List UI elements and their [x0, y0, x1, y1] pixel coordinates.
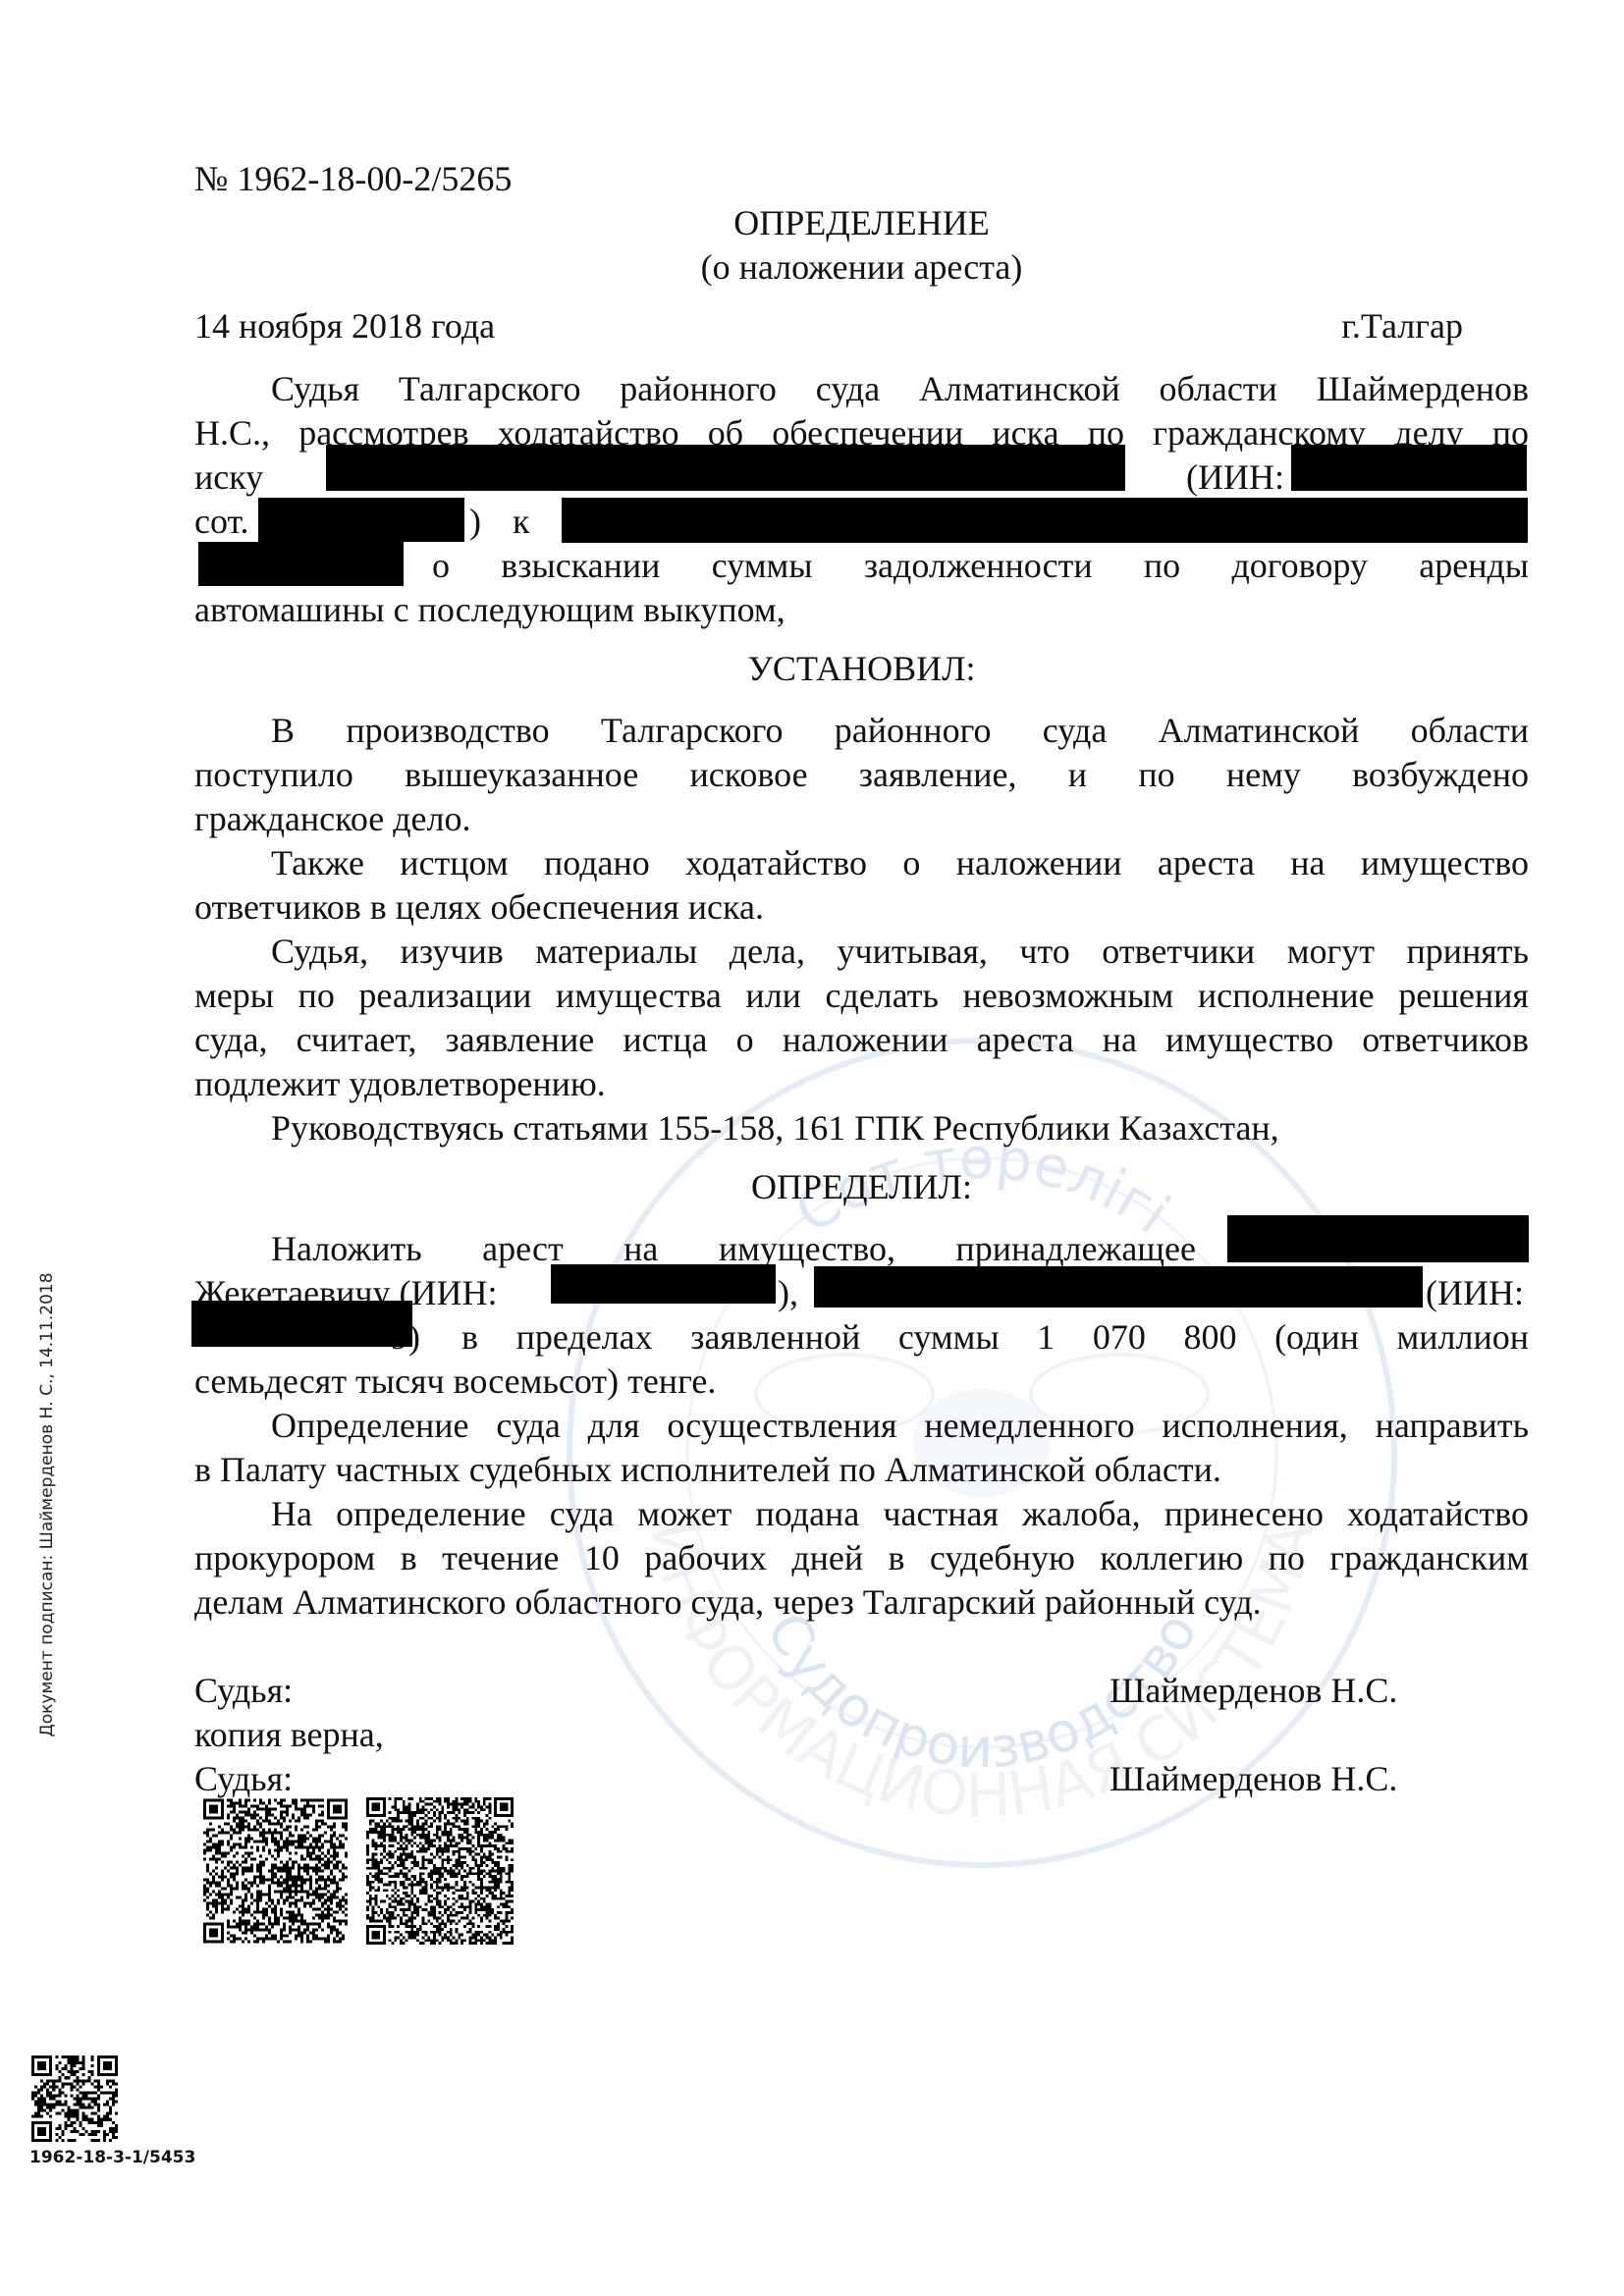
- established-p1-l1: В производство Талгарского районного суд…: [194, 709, 1529, 753]
- redaction-plaintiff-iin: [1291, 445, 1527, 491]
- ruled-p2-l1: Определение суда для осуществления немед…: [194, 1404, 1529, 1448]
- ruled-heading: ОПРЕДЕЛИЛ:: [194, 1165, 1529, 1209]
- qr-code-icon: [203, 1798, 348, 1944]
- established-p3-l2: меры по реализации имущества или сделать…: [194, 974, 1529, 1018]
- intro-line-6: автомашины с последующим выкупом,: [194, 588, 1529, 632]
- signed-note-text: Документ подписан: Шаймерденов Н. С., 14…: [37, 1272, 57, 1736]
- case-number: № 1962-18-00-2/5265: [194, 157, 1529, 201]
- copy-label: копия верна,: [194, 1713, 1529, 1757]
- redaction-defendant-cont: [198, 542, 404, 586]
- redaction-phone: [258, 498, 464, 542]
- ruled-l2-c: (ИИН:: [1426, 1271, 1524, 1315]
- ruled-p3-l1: На определение суда может подана частная…: [194, 1492, 1529, 1536]
- established-p2-l2: ответчиков в целях обеспечения иска.: [194, 885, 1529, 930]
- signed-note-vertical: Документ подписан: Шаймерденов Н. С., 14…: [27, 1227, 67, 1782]
- ruled-l2-b: ),: [778, 1271, 798, 1315]
- established-p4-l1: Руководствуясь статьями 155-158, 161 ГПК…: [194, 1106, 1529, 1150]
- redaction-plaintiff-name: [326, 445, 1125, 491]
- intro-line-5: о взыскании суммы задолженности по догов…: [432, 544, 1529, 588]
- intro-line-1: Судья Талгарского районного суда Алматин…: [194, 367, 1529, 411]
- intro-line-4-b: ): [469, 500, 481, 544]
- established-p3-l4: подлежит удовлетворению.: [194, 1062, 1529, 1106]
- qr-code-icon: [31, 2055, 118, 2143]
- document-page: Сот төрелігі Судопроизводство ИНФОРМАЦИО…: [0, 0, 1624, 2296]
- redaction-defendant1-iin: [551, 1264, 776, 1304]
- established-p3-l3: суда, считает, заявление истца о наложен…: [194, 1018, 1529, 1062]
- document-subtitle: (о наложении ареста): [194, 245, 1529, 290]
- established-p1-l2: поступило вышеуказанное исковое заявлени…: [194, 753, 1529, 797]
- established-p2-l1: Также истцом подано ходатайство о наложе…: [194, 841, 1529, 885]
- redaction-defendant-name: [562, 498, 1528, 543]
- intro-line-4-c: к: [513, 500, 530, 544]
- document-city: г.Талгар: [194, 304, 1529, 348]
- redaction-defendant2-name: [814, 1266, 1423, 1308]
- redaction-defendant1-name: [1227, 1215, 1529, 1262]
- ruled-p2-l2: в Палату частных судебных исполнителей п…: [194, 1448, 1529, 1492]
- barcode-number: 1962-18-3-1/5453: [29, 2148, 195, 2167]
- established-heading: УСТАНОВИЛ:: [194, 647, 1529, 691]
- ruled-p3-l2: прокурором в течение 10 рабочих дней в с…: [194, 1536, 1529, 1580]
- intro-line-3-b: (ИИН:: [1186, 455, 1284, 500]
- established-p3-l1: Судья, изучив материалы дела, учитывая, …: [194, 930, 1529, 974]
- judge-name: Шаймерденов Н.С.: [1110, 1669, 1397, 1713]
- ruled-p3-l3: делам Алматинского областного суда, чере…: [194, 1580, 1529, 1625]
- qr-code-icon: [366, 1796, 514, 1946]
- ruled-l4: семьдесят тысяч восемьсот) тенге.: [194, 1360, 1529, 1404]
- judge-name-2: Шаймерденов Н.С.: [1110, 1757, 1397, 1801]
- ruled-l3-b: в пределах заявленной суммы 1 070 800 (о…: [461, 1315, 1529, 1360]
- document-title: ОПРЕДЕЛЕНИЕ: [194, 201, 1529, 245]
- redaction-defendant2-iin: [191, 1301, 412, 1347]
- established-p1-l3: гражданское дело.: [194, 797, 1529, 841]
